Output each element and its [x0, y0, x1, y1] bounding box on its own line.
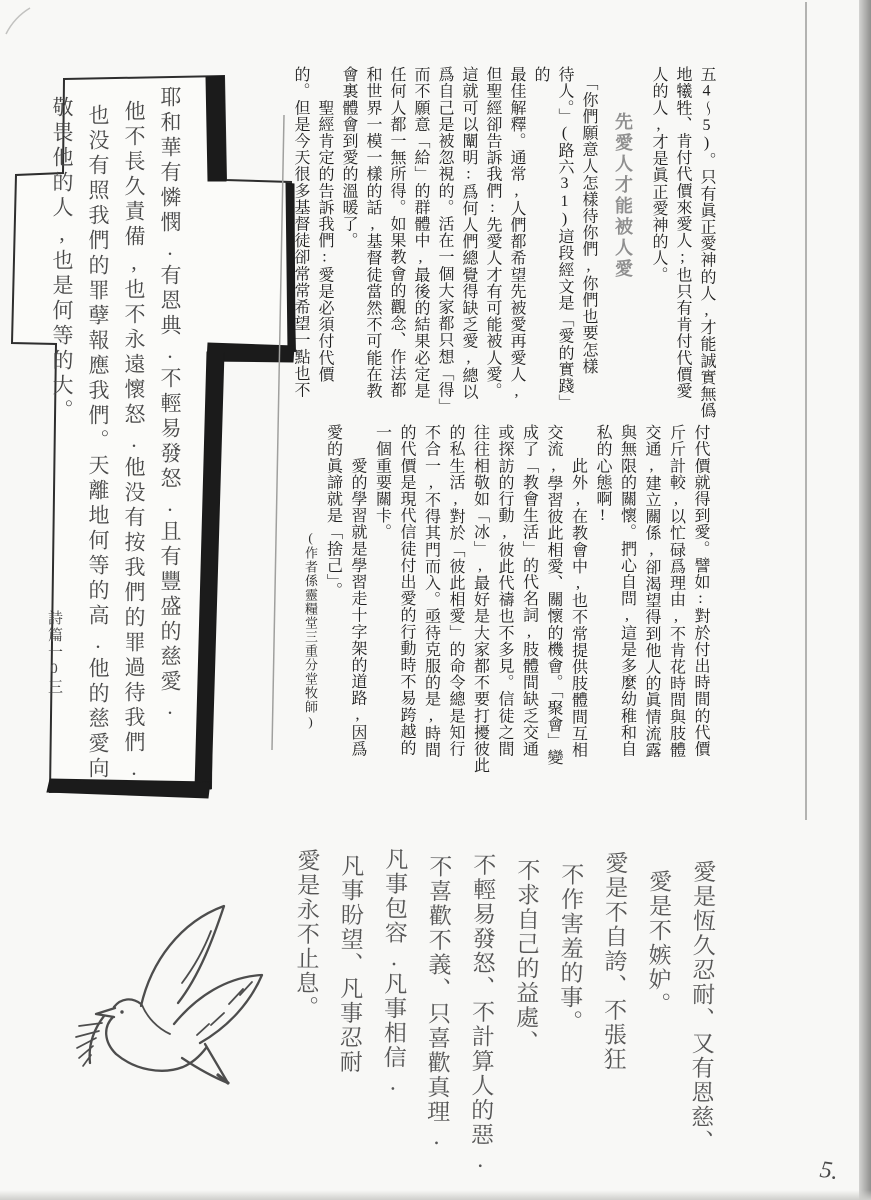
handwriting-column: 愛是不自誇、不張狂	[589, 847, 636, 1200]
handwriting-column: 不喜歡不義、只喜歡真理.	[413, 845, 460, 1199]
handwriting-column: 他不長久責備,也不永遠懷怒.他没有按我們的罪過待我們.	[116, 86, 152, 794]
article-top-band: 五4～5)。只有眞正愛神的人,才能誠實無僞 地犧牲、肯付代價來愛人;也只有肯付代…	[262, 66, 718, 424]
text-column: 愛的眞諦就是「捨己」。	[320, 424, 345, 786]
text-column: 的代價是現代信徒付出愛的行動時不易跨越的	[394, 424, 419, 786]
text-column: 待人。」(路六31)這段經文是「愛的實踐」的	[528, 66, 576, 424]
text-column: 交通,建立關係,卻渴望得到他人的眞情流露	[639, 424, 664, 786]
handwriting-column: 不求自己的益處、	[501, 846, 548, 1200]
handwriting-column: 凡事包容.凡事相信.	[369, 845, 416, 1199]
handwriting-column: 愛是恆久忍耐、又有恩慈、	[677, 848, 724, 1200]
section-heading: 先愛人才能被人愛	[611, 66, 635, 424]
author-byline: (作者係靈糧堂三重分堂牧師)	[300, 424, 320, 786]
text-column: 「你們願意人怎樣待你們,你們也要怎樣	[576, 66, 600, 424]
text-column: 付代價就得到愛。譬如:對於付出時間的代價	[688, 424, 713, 786]
text-column: 爲自己是被忽視的。活在一個大家都只想「得」	[432, 66, 456, 424]
dove-icon	[76, 906, 262, 1083]
text-column: 成了「教會生活」的代名詞,肢體間缺乏交通	[516, 424, 541, 786]
text-column: 愛的學習就是學習走十字架的道路,因爲	[345, 424, 370, 786]
handwriting-column: 凡事盼望、凡事忍耐	[325, 844, 372, 1198]
text-column: 不合一,不得其門而入。亟待克服的是,時間	[418, 424, 443, 786]
text-column: 會裏體會到愛的溫暖了。	[336, 66, 360, 424]
handwriting-column: 不作害羞的事。	[545, 846, 592, 1200]
text-column: 最佳解釋。通常,人們都希望先被愛再愛人,	[504, 66, 528, 424]
text-column: 往往相敬如「冰」,最好是大家都不要打擾彼此	[467, 424, 492, 786]
text-column: 交流,學習彼此相愛、關懷的機會。「聚會」變	[541, 424, 566, 786]
text-column: 一個重要關卡。	[369, 424, 394, 786]
handwriting-column: 不輕易發怒、不計算人的惡.	[457, 846, 504, 1200]
love-chapter-handwriting: 愛是恆久忍耐、又有恩慈、 愛是不嫉妒。 愛是不自誇、不張狂 不作害羞的事。 不求…	[279, 844, 724, 1200]
page-number: 5.	[818, 1157, 840, 1186]
text-column: 地犧牲、肯付代價來愛人;也只有肯付代價愛	[670, 66, 694, 424]
scripture-citation: 詩篇一0三	[44, 610, 65, 740]
scan-edge-bottom	[0, 1190, 871, 1200]
text-column: 與無限的關懷。捫心自問,這是多麼幼稚和自	[614, 424, 639, 786]
text-column: 私的心態啊!	[590, 424, 615, 786]
article-bottom-band: 付代價就得到愛。譬如:對於付出時間的代價 斤斤計較,以忙碌爲理由,不肯花時間與肢…	[292, 424, 712, 786]
text-column: 斤斤計較,以忙碌爲理由,不肯花時間與肢體	[663, 424, 688, 786]
text-column: 聖經肯定的告訴我們:愛是必須付代價	[312, 66, 336, 424]
text-column: 和世界一模一樣的話,基督徒當然不可能在教	[360, 66, 384, 424]
handwriting-column: 愛是不嫉妒。	[633, 847, 680, 1200]
text-column: 此外,在教會中,也不常提供肢體間互相	[565, 424, 590, 786]
text-column: 人的人,才是眞正愛神的人。	[646, 66, 670, 424]
text-column: 但聖經卻告訴我們:先愛人才有可能被人愛。	[480, 66, 504, 424]
text-column: 而不願意「給」的群體中,最後的結果必定是	[408, 66, 432, 424]
scan-edge-right	[859, 0, 871, 1200]
text-column: 任何人都一無所得。如果教會的觀念、作法都	[384, 66, 408, 424]
text-column: 的私生活,對於「彼此相愛」的命令總是知行	[443, 424, 468, 786]
handwriting-column: 愛是永不止息。	[281, 844, 328, 1198]
corner-pencil-mark	[6, 8, 30, 34]
text-column: 這就可以闡明:爲何人們總覺得缺乏愛,總以	[456, 66, 480, 424]
handwriting-column: 耶和華有憐憫.有恩典.不輕易發怒.且有豐盛的慈愛.	[152, 86, 188, 794]
handwriting-column: 也没有照我們的罪孽報應我們。天離地何等的高.他的慈愛向	[80, 86, 116, 794]
text-column: 五4～5)。只有眞正愛神的人,才能誠實無僞	[694, 66, 718, 424]
text-column: 的。但是今天很多基督徒卻常常希望一點也不	[288, 66, 312, 424]
text-column: 或探訪的行動,彼此代禱也不多見。信徒之間	[492, 424, 517, 786]
scanned-page: 五4～5)。只有眞正愛神的人,才能誠實無僞 地犧牲、肯付代價來愛人;也只有肯付代…	[0, 0, 871, 1200]
